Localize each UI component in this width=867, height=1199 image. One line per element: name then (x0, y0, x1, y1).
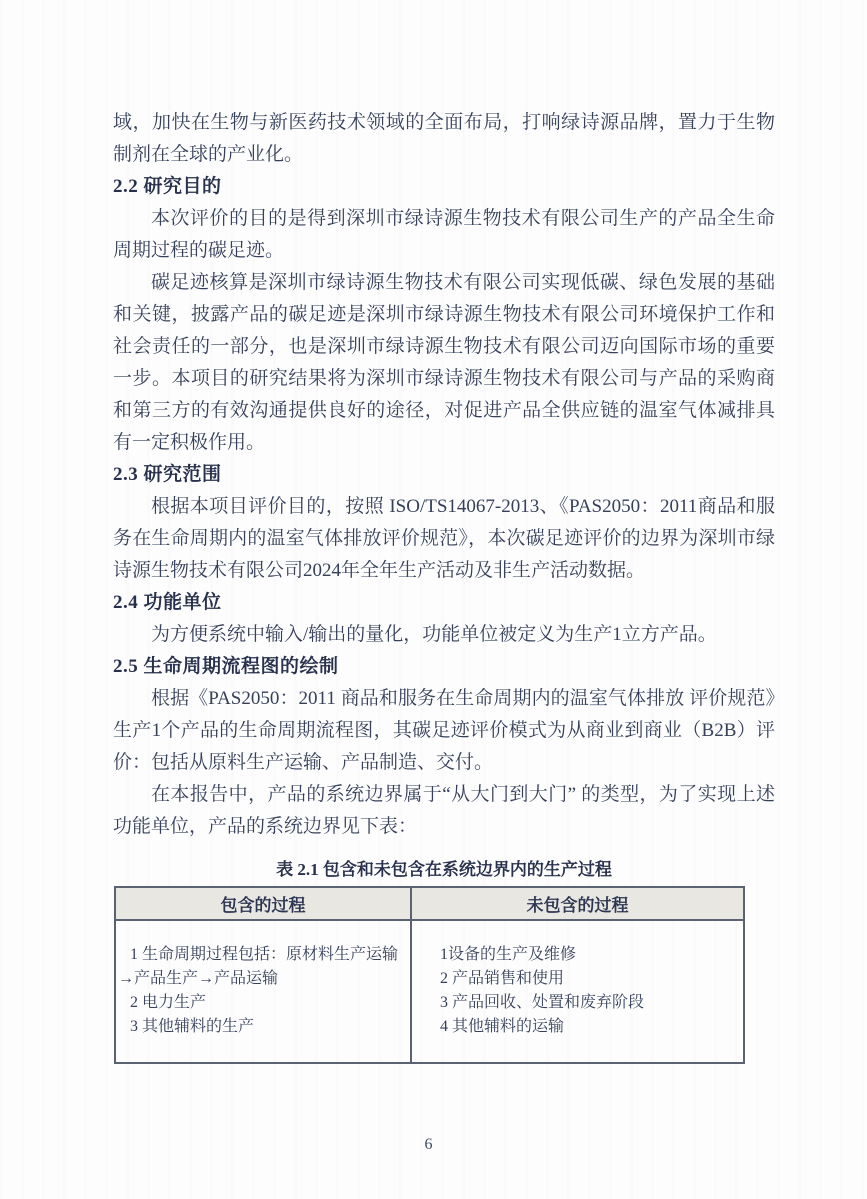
table-title: 表 2.1 包含和未包含在系统边界内的生产过程 (113, 857, 775, 883)
table-header-row: 包含的过程 未包含的过程 (115, 887, 744, 920)
excluded-processes-cell: 1设备的生产及维修 2 产品销售和使用 3 产品回收、处置和废弃阶段 4 其他辅… (411, 920, 744, 1063)
excluded-item: 3 产品回收、处置和废弃阶段 (440, 991, 737, 1015)
included-item: 1 生命周期过程包括：原材料生产运输→产品生产→产品运输 (118, 943, 404, 991)
included-item: 3 其他辅料的生产 (118, 1015, 404, 1039)
paragraph: 根据本项目评价目的，按照 ISO/TS14067-2013、《PAS2050：2… (113, 491, 775, 587)
paragraph: 本次评价的目的是得到深圳市绿诗源生物技术有限公司生产的产品全生命周期过程的碳足迹… (113, 203, 775, 267)
section-heading-2-5: 2.5 生命周期流程图的绘制 (113, 651, 775, 683)
included-item: 2 电力生产 (118, 991, 404, 1015)
table-header-included: 包含的过程 (115, 887, 411, 920)
section-heading-2-4: 2.4 功能单位 (113, 587, 775, 619)
excluded-item: 1设备的生产及维修 (440, 943, 737, 967)
paragraph: 根据《PAS2050：2011 商品和服务在生命周期内的温室气体排放 评价规范》… (113, 683, 775, 779)
section-heading-2-3: 2.3 研究范围 (113, 459, 775, 491)
table-header-excluded: 未包含的过程 (411, 887, 744, 920)
paragraph: 为方便系统中输入/输出的量化，功能单位被定义为生产1立方产品。 (113, 619, 775, 651)
system-boundary-table: 包含的过程 未包含的过程 1 生命周期过程包括：原材料生产运输→产品生产→产品运… (114, 886, 745, 1064)
included-processes-cell: 1 生命周期过程包括：原材料生产运输→产品生产→产品运输 2 电力生产 3 其他… (115, 920, 411, 1063)
paragraph: 碳足迹核算是深圳市绿诗源生物技术有限公司实现低碳、绿色发展的基础和关键，披露产品… (113, 267, 775, 459)
paragraph: 在本报告中，产品的系统边界属于“从大门到大门” 的类型，为了实现上述功能单位，产… (113, 779, 775, 843)
document-body: 域，加快在生物与新医药技术领域的全面布局，打响绿诗源品牌，置力于生物制剂在全球的… (113, 107, 775, 1064)
page-number: 6 (0, 1135, 857, 1155)
scanned-report-page: { "page": { "number": "6" }, "doc": { "p… (0, 0, 867, 1199)
section-heading-2-2: 2.2 研究目的 (113, 171, 775, 203)
paragraph-continued: 域，加快在生物与新医药技术领域的全面布局，打响绿诗源品牌，置力于生物制剂在全球的… (113, 107, 775, 171)
excluded-item: 2 产品销售和使用 (440, 967, 737, 991)
table-row: 1 生命周期过程包括：原材料生产运输→产品生产→产品运输 2 电力生产 3 其他… (115, 920, 744, 1063)
excluded-item: 4 其他辅料的运输 (440, 1015, 737, 1039)
